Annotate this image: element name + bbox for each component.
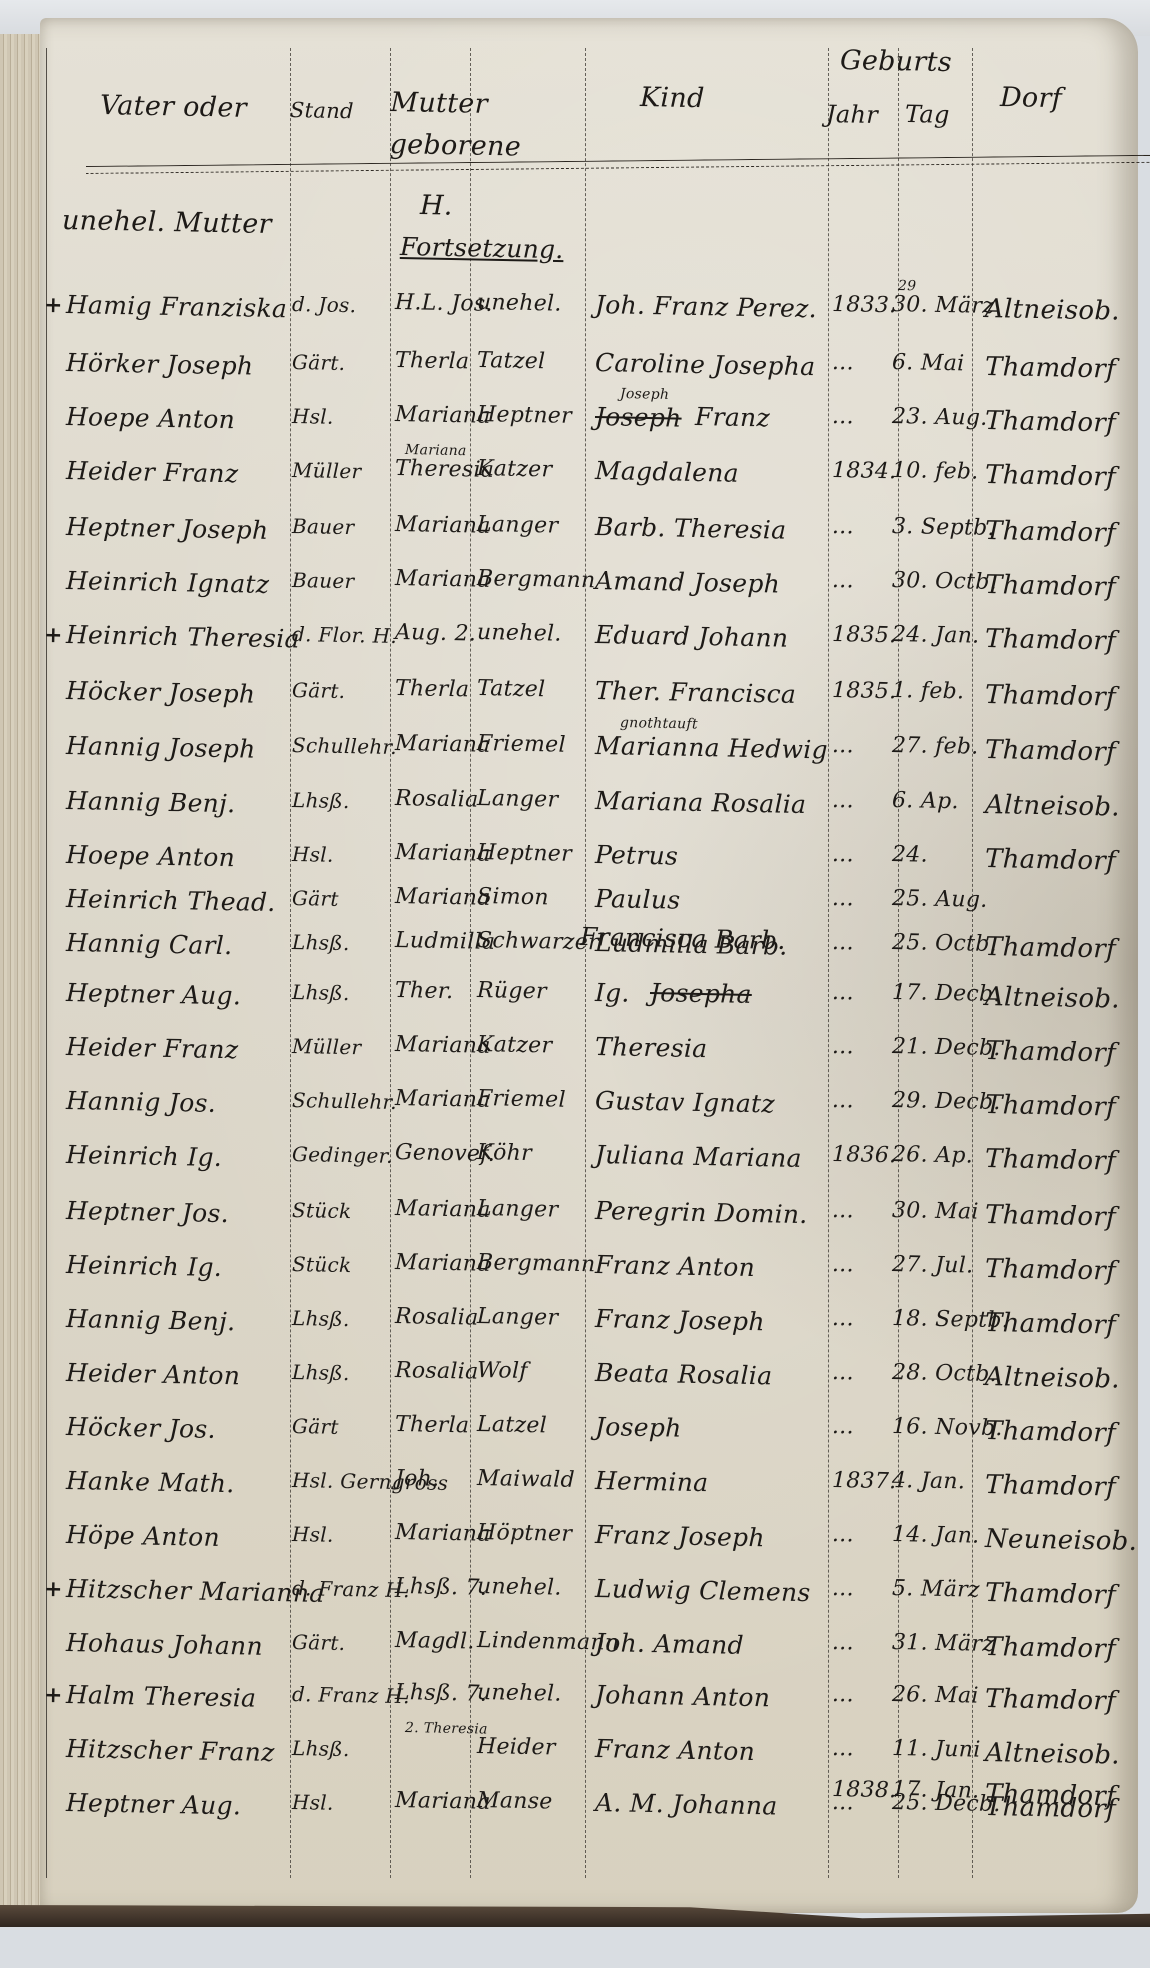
village: Thamdorf <box>985 1416 1117 1449</box>
birth-year: ... <box>832 1252 854 1277</box>
birth-year: ... <box>832 842 854 867</box>
occupation: d. Franz H. <box>292 1682 410 1708</box>
father-name: Höcker Joseph <box>66 676 256 709</box>
father-name: Hannig Benj. <box>66 1304 236 1336</box>
child-name: Joh. Franz Perez. <box>595 290 817 323</box>
mother-first-name: Rosalia <box>395 1304 479 1331</box>
child-correction-note: gnothtauft <box>620 715 698 732</box>
child-name: Franz <box>695 402 771 432</box>
birth-year: ... <box>832 1198 854 1223</box>
birth-year: 1833. <box>832 292 897 318</box>
father-name: Heptner Aug. <box>66 1788 242 1820</box>
column-rule-child <box>585 48 586 1878</box>
mother-maiden-name: Langer <box>477 1196 559 1223</box>
child-name: Hermina <box>595 1466 709 1497</box>
birth-year: ... <box>832 980 854 1005</box>
village: Thamdorf <box>985 1308 1117 1341</box>
birth-year: 1835. <box>832 622 897 648</box>
mother-maiden-name: Heider <box>477 1734 556 1761</box>
column-rule-mother <box>390 48 391 1878</box>
child-name: Ther. Francisca <box>595 676 797 709</box>
birth-year: ... <box>832 1414 854 1439</box>
birth-day: 25. Octb. <box>892 930 997 957</box>
occupation: Müller <box>292 458 362 483</box>
birth-year: ... <box>832 1360 854 1385</box>
birth-day: 11. Juni <box>892 1736 981 1763</box>
birth-year: 1834. <box>832 458 897 484</box>
father-name: Hanke Math. <box>66 1466 235 1498</box>
father-name: Hitzscher Franz <box>66 1734 275 1767</box>
mother-first-name: Lhsß. 7. <box>395 1680 488 1707</box>
father-name: Hohaus Johann <box>66 1628 263 1661</box>
birth-day: 23. Aug. <box>892 404 988 431</box>
occupation: Bauer <box>292 514 355 539</box>
mother-maiden-name: Friemel <box>477 731 566 758</box>
child-name: Juliana Mariana <box>595 1140 802 1173</box>
mother-maiden-name: Höptner <box>477 1520 573 1547</box>
mother-maiden-name: Tatzel <box>477 348 546 374</box>
mother-maiden-name: Wolf <box>477 1358 528 1384</box>
occupation: Schullehr. <box>292 1088 397 1114</box>
header-day: Tag <box>905 100 950 129</box>
child-name: Caroline Josepha <box>595 348 816 381</box>
village: Thamdorf <box>985 352 1117 385</box>
village: Altneisob. <box>985 982 1120 1015</box>
mother-maiden-name: Tatzel <box>477 676 546 702</box>
birth-year: ... <box>832 1306 854 1331</box>
child-name: Ludwig Clemens <box>595 1574 811 1607</box>
birth-day: 1. feb. <box>892 678 965 704</box>
birth-day: 17. Jan. <box>892 1777 980 1804</box>
occupation: Hsl. <box>292 1790 334 1815</box>
child-correction-note: Joseph <box>620 386 670 403</box>
birth-day: 3. Septb. <box>892 514 995 541</box>
child-name: Ludmilla Barb. <box>595 928 788 961</box>
birth-day: 10. feb. <box>892 458 979 485</box>
struck-child-name: Josepha <box>650 978 752 1009</box>
mother-first-name: Therla <box>395 1412 470 1438</box>
header-unmarried-mother: unehel. Mutter <box>62 205 272 240</box>
father-name: Hörker Joseph <box>66 348 254 381</box>
village: Thamdorf <box>985 1036 1117 1069</box>
mother-maiden-name: Maiwald <box>477 1466 575 1493</box>
occupation: Lhsß. <box>292 980 350 1005</box>
header-mother: Mutter geborene <box>389 82 541 169</box>
birth-day: 14. Jan. <box>892 1522 980 1549</box>
mother-maiden-name: unehel. <box>477 620 562 647</box>
village: Altneisob. <box>985 1362 1120 1395</box>
header-stand: Stand <box>290 98 354 123</box>
occupation: Lhsß. <box>292 1360 350 1385</box>
birth-day: 24. Jan. <box>892 622 980 649</box>
mother-first-name: Rosalia <box>395 1358 479 1385</box>
mother-maiden-name: Simon <box>477 884 549 910</box>
deceased-marker: + <box>44 1576 63 1602</box>
birth-day: 24. <box>892 842 928 868</box>
header-birth: Geburts <box>840 45 953 78</box>
father-name: Heptner Joseph <box>66 512 269 545</box>
village: Altneisob. <box>985 790 1120 823</box>
mother-maiden-name: Langer <box>477 512 559 539</box>
mother-maiden-name: Langer <box>477 786 559 813</box>
birth-year: 1837. <box>832 1468 897 1494</box>
birth-year: ... <box>832 1682 854 1707</box>
mother-maiden-name: Bergmann <box>477 566 596 593</box>
father-name: Heider Franz <box>66 1032 239 1064</box>
birth-year: ... <box>832 1522 854 1547</box>
header-rule <box>86 155 1150 174</box>
child-name: Ig. <box>595 978 630 1008</box>
column-rule-village <box>972 48 973 1878</box>
village: Thamdorf <box>985 1090 1117 1123</box>
child-name: Johann Anton <box>595 1680 771 1712</box>
section-continuation: Fortsetzung. <box>400 232 564 264</box>
village: Thamdorf <box>985 1200 1117 1233</box>
birth-day: 28. Octb. <box>892 1360 997 1387</box>
father-name: Heinrich Ignatz <box>66 566 270 599</box>
father-name: Heinrich Theresia <box>66 620 300 653</box>
father-name: Heinrich Thead. <box>66 884 276 917</box>
village: Thamdorf <box>985 624 1117 657</box>
birth-day: 30. Octb. <box>892 568 997 595</box>
village: Thamdorf <box>985 460 1117 493</box>
father-name: Halm Theresia <box>66 1680 257 1713</box>
birth-day: 25. Aug. <box>892 886 988 913</box>
occupation: d. Jos. <box>292 292 357 317</box>
birth-year: ... <box>832 1630 854 1655</box>
father-name: Hoepe Anton <box>66 402 236 434</box>
mother-maiden-name: unehel. <box>477 290 562 317</box>
child-name: Mariana Rosalia <box>595 786 807 819</box>
child-name: Franz Joseph <box>595 1304 765 1336</box>
child-name: Franz Joseph <box>595 1520 765 1552</box>
occupation: Stück <box>292 1252 352 1277</box>
village: Altneisob. <box>985 294 1120 327</box>
mother-maiden-name: Heptner <box>477 402 572 429</box>
village: Thamdorf <box>985 516 1117 549</box>
occupation: Gärt. <box>292 678 346 703</box>
birth-year: ... <box>832 1576 854 1601</box>
village: Thamdorf <box>985 1684 1117 1717</box>
occupation: Müller <box>292 1034 362 1059</box>
village: Altneisob. <box>985 1738 1120 1771</box>
child-name: Marianna Hedwig <box>595 731 828 764</box>
birth-year: ... <box>832 514 854 539</box>
village: Neuneisob. <box>985 1524 1138 1557</box>
occupation: Gärt. <box>292 1630 346 1655</box>
father-name: Heinrich Ig. <box>66 1250 223 1282</box>
mother-first-name: Rosalia <box>395 786 479 813</box>
father-name: Höpe Anton <box>66 1520 220 1552</box>
village: Thamdorf <box>985 680 1117 713</box>
father-name: Hannig Joseph <box>66 731 256 764</box>
father-name: Heinrich Ig. <box>66 1140 223 1172</box>
child-name: Paulus <box>595 884 681 915</box>
child-name: Franz Anton <box>595 1734 756 1766</box>
occupation: Gärt. <box>292 350 346 375</box>
mother-maiden-name: Manse <box>477 1788 553 1814</box>
child-name: Amand Joseph <box>595 566 781 599</box>
deceased-marker: + <box>44 1682 63 1708</box>
child-name: Peregrin Domin. <box>595 1196 808 1229</box>
child-name: Theresia <box>595 1032 708 1063</box>
birth-year: ... <box>832 930 854 955</box>
mother-maiden-name: Heptner <box>477 840 572 867</box>
birth-year: 1838. <box>832 1777 897 1803</box>
birth-day: 27. Jul. <box>892 1252 974 1279</box>
mother-maiden-name: unehel. <box>477 1574 562 1601</box>
child-name: Gustav Ignatz <box>595 1086 775 1118</box>
birth-year: ... <box>832 886 854 911</box>
occupation: Bauer <box>292 568 355 593</box>
birth-year: ... <box>832 1088 854 1113</box>
father-name: Hamig Franziska <box>66 290 288 323</box>
birth-year: ... <box>832 1034 854 1059</box>
birth-day: 30. März <box>892 292 995 319</box>
column-rule-mother-last <box>470 48 471 1878</box>
mother-maiden-name: unehel. <box>477 1680 562 1707</box>
birth-year: ... <box>832 733 854 758</box>
occupation: Gärt <box>292 886 339 911</box>
mother-first-name: Therla <box>395 676 470 702</box>
birth-day: 27. feb. <box>892 733 979 760</box>
mother-maiden-name: Bergmann <box>477 1250 596 1277</box>
struck-child-name: Joseph <box>595 402 682 433</box>
mother-maiden-name: Langer <box>477 1304 559 1331</box>
father-name: Heider Franz <box>66 456 239 488</box>
mother-first-name: Lhsß. 7. <box>395 1574 488 1601</box>
header-child: Kind <box>640 82 705 114</box>
village: Thamdorf <box>985 570 1117 603</box>
father-name: Hoepe Anton <box>66 840 236 872</box>
father-name: Hannig Carl. <box>66 928 233 960</box>
mother-maiden-name: Latzel <box>477 1412 547 1438</box>
mother-maiden-name: Schwarzer <box>477 928 599 955</box>
village: Thamdorf <box>985 1779 1117 1812</box>
father-name: Heptner Jos. <box>66 1196 229 1228</box>
deceased-marker: + <box>44 292 63 318</box>
child-name: Petrus <box>595 840 679 871</box>
birth-day: 30. Mai <box>892 1198 979 1225</box>
father-name: Hannig Benj. <box>66 786 236 818</box>
child-name: Joh. Amand <box>595 1628 744 1660</box>
mother-first-name: Therla <box>395 348 470 374</box>
column-rule-year <box>828 48 829 1878</box>
deceased-marker: + <box>44 622 63 648</box>
occupation: d. Franz H. <box>292 1576 410 1602</box>
birth-year: ... <box>832 788 854 813</box>
header-year: Jahr <box>826 100 879 129</box>
birth-day: 6. Mai <box>892 350 965 376</box>
occupation: Lhsß. <box>292 1736 350 1761</box>
birth-year: 1836. <box>832 1142 897 1168</box>
header-father: Vater oder <box>100 90 247 124</box>
village: Thamdorf <box>985 844 1117 877</box>
birth-year: ... <box>832 404 854 429</box>
birth-year: ... <box>832 350 854 375</box>
village: Thamdorf <box>985 1470 1117 1503</box>
mother-correction-note: 2. Theresia <box>405 1720 488 1738</box>
mother-maiden-name: Rüger <box>477 978 547 1004</box>
village: Thamdorf <box>985 1144 1117 1177</box>
birth-day: 5. März <box>892 1576 980 1603</box>
child-name: Joseph <box>595 1412 682 1443</box>
father-name: Hitzscher Marianna <box>66 1574 325 1608</box>
occupation: Stück <box>292 1198 352 1223</box>
margin-rule <box>46 48 47 1878</box>
father-name: Höcker Jos. <box>66 1412 216 1444</box>
occupation: Gedinger. <box>292 1142 393 1168</box>
child-name: Barb. Theresia <box>595 512 787 545</box>
birth-day: 26. Ap. <box>892 1142 974 1169</box>
occupation: Schullehr. <box>292 733 397 759</box>
child-name: Beata Rosalia <box>595 1358 773 1390</box>
occupation: Gärt <box>292 1414 339 1439</box>
child-name: A. M. Johanna <box>595 1788 778 1820</box>
father-name: Hannig Jos. <box>66 1086 217 1118</box>
occupation: Lhsß. <box>292 788 350 813</box>
village: Thamdorf <box>985 1578 1117 1611</box>
village: Thamdorf <box>985 1632 1117 1665</box>
occupation: Hsl. <box>292 842 334 867</box>
occupation: d. Flor. H. <box>292 622 397 648</box>
birth-year: ... <box>832 568 854 593</box>
mother-maiden-name: Friemel <box>477 1086 566 1113</box>
village: Thamdorf <box>985 1254 1117 1287</box>
occupation: Lhsß. <box>292 1306 350 1331</box>
occupation: Lhsß. <box>292 930 350 955</box>
header-village: Dorf <box>1000 82 1063 114</box>
child-name: Eduard Johann <box>595 620 789 653</box>
birth-day: 6. Ap. <box>892 788 959 814</box>
section-letter: H. <box>420 190 453 222</box>
village: Thamdorf <box>985 735 1117 768</box>
father-name: Heptner Aug. <box>66 978 242 1010</box>
birth-day: 31. März <box>892 1630 995 1657</box>
column-rule-day <box>898 48 899 1878</box>
village: Thamdorf <box>985 406 1117 439</box>
mother-maiden-name: Katzer <box>477 1032 553 1058</box>
mother-maiden-name: Katzer <box>477 456 553 482</box>
child-name: Franz Anton <box>595 1250 756 1282</box>
mother-first-name: Joh. <box>395 1466 440 1492</box>
mother-first-name: Aug. 2. <box>395 620 477 647</box>
birth-year: ... <box>832 1736 854 1761</box>
child-name: Magdalena <box>595 456 739 488</box>
occupation: Hsl. <box>292 404 334 429</box>
village: Thamdorf <box>985 932 1117 965</box>
birth-day: 26. Mai <box>892 1682 979 1709</box>
birth-year: 1835. <box>832 678 897 704</box>
mother-first-name: Magdl. <box>395 1628 475 1655</box>
mother-maiden-name: Köhr <box>477 1140 532 1166</box>
mother-first-name: Ther. <box>395 978 454 1004</box>
occupation: Hsl. <box>292 1522 334 1547</box>
father-name: Heider Anton <box>66 1358 241 1390</box>
birth-day: 4. Jan. <box>892 1468 966 1494</box>
